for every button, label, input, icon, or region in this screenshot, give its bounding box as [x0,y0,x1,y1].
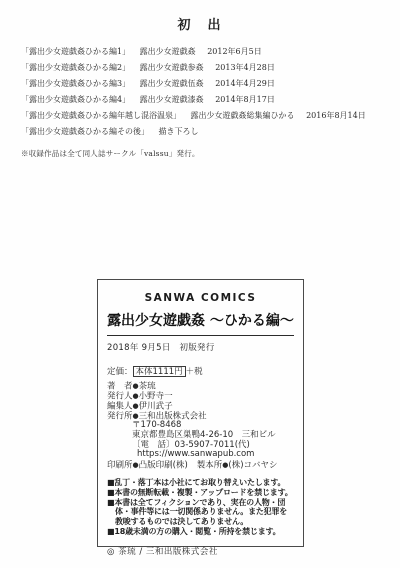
binder-value: (株)コバヤシ [228,461,277,471]
publication-list-item: 「露出少女遊戯姦ひかる編年越し混浴温泉」 露出少女遊戯姦総集編ひかる 2016年… [21,108,392,124]
publish-date: 2014年8月17日 [215,95,275,104]
credit-value: 小野寺一 [139,392,173,402]
credit-role: 著 者 [107,382,133,392]
work-title: 「露出少女遊戯姦ひかる編3」 [21,79,130,88]
work-title: 「露出少女遊戯姦ひかる編その後」 [21,127,149,136]
website-url: https://www.sanwapub.com [137,450,294,460]
publish-date: 2014年4月29日 [215,79,275,88]
work-title: 「露出少女遊戯姦ひかる編年越し混浴温泉」 [21,111,181,120]
notice-item: ■本書は全てフィクションであり、実在の人物・団体・事件等には一切関係ありません。… [107,498,294,527]
source-anthology: 露出少女遊戯姦 [140,47,196,56]
price-tax-suffix: ＋税 [186,367,203,377]
source-anthology: 露出少女遊戯姦総集編ひかる [191,111,295,120]
work-title: 「露出少女遊戯姦ひかる編2」 [21,63,130,72]
credit-row-publisher-person: 発行人●小野寺一 [107,391,294,401]
work-title: 「露出少女遊戯姦ひかる編4」 [21,95,130,104]
credit-role: 発行所 [107,412,133,422]
credits-block: 著 者●茶琉 発行人●小野寺一 編集人●伊川武子 発行所●三和出版株式会社 [107,381,294,421]
source-anthology: 露出少女遊戯漆姦 [140,95,204,104]
credit-value: 伊川武子 [139,402,173,412]
colophon-page: 初 出 「露出少女遊戯姦ひかる編1」 露出少女遊戯姦 2012年6月5日 「露出… [0,0,400,568]
price-label: 定価： [107,367,133,377]
publish-date: 2013年4月28日 [215,63,275,72]
source-anthology: 描き下ろし [159,127,199,136]
copyright-line: ◎ 茶琉 / 三和出版株式会社 [107,545,294,557]
edition-line: 2018年 9月5日 初版発行 [107,341,294,353]
printer-role: 印刷所 [107,461,133,471]
publication-list-item: 「露出少女遊戯姦ひかる編4」 露出少女遊戯漆姦 2014年8月17日 [21,92,392,108]
source-anthology: 露出少女遊戯参姦 [140,63,204,72]
binder-role: 製本所 [197,461,223,471]
credit-value: 茶琉 [139,382,156,392]
colophon-box: SANWA COMICS 露出少女遊戯姦 ～ひかる編～ 2018年 9月5日 初… [97,279,304,547]
price-line: 定価：本体1111円＋税 [107,366,294,378]
production-row: 印刷所●凸版印刷(株)製本所●(株)コバヤシ [107,460,294,470]
source-anthology: 露出少女遊戯伍姦 [140,79,204,88]
publication-list-item: 「露出少女遊戯姦ひかる編1」 露出少女遊戯姦 2012年6月5日 [21,44,392,60]
credit-row-author: 著 者●茶琉 [107,381,294,391]
circle-footnote: ※収録作品は全て同人誌サークル「valssu」発行。 [21,148,200,159]
publish-date: 2012年6月5日 [207,47,262,56]
notice-item: ■乱丁・落丁本は小社にてお取り替えいたします。 [107,478,294,488]
publication-list: 「露出少女遊戯姦ひかる編1」 露出少女遊戯姦 2012年6月5日 「露出少女遊戯… [21,44,392,140]
publication-list-item: 「露出少女遊戯姦ひかる編2」 露出少女遊戯参姦 2013年4月28日 [21,60,392,76]
address-block: 〒170-8468 東京都豊島区巣鴨4-26-10 三和ビル 〔電 話〕03-5… [132,421,294,460]
price-amount-box: 本体1111円 [133,366,186,377]
imprint-label: SANWA COMICS [107,292,294,304]
publication-list-item: 「露出少女遊戯姦ひかる編3」 露出少女遊戯伍姦 2014年4月29日 [21,76,392,92]
publish-date: 2016年8月14日 [306,111,366,120]
credit-role: 発行人 [107,392,133,402]
printer-value: 凸版印刷(株) [139,461,188,471]
notice-item: ■本書の無断転載・複製・アップロードを禁じます。 [107,488,294,498]
work-title: 「露出少女遊戯姦ひかる編1」 [21,47,130,56]
credit-role: 編集人 [107,402,133,412]
legal-notices: ■乱丁・落丁本は小社にてお取り替えいたします。 ■本書の無断転載・複製・アップロ… [107,478,294,536]
credit-row-editor: 編集人●伊川武子 [107,401,294,411]
notice-item: ■18歳未満の方の購入・閲覧・所持を禁じます。 [107,527,294,537]
first-publication-heading: 初 出 [0,14,400,33]
book-title: 露出少女遊戯姦 ～ひかる編～ [107,313,294,329]
book-title-block: 露出少女遊戯姦 ～ひかる編～ [107,310,294,336]
publication-list-item: 「露出少女遊戯姦ひかる編その後」 描き下ろし [21,124,392,140]
